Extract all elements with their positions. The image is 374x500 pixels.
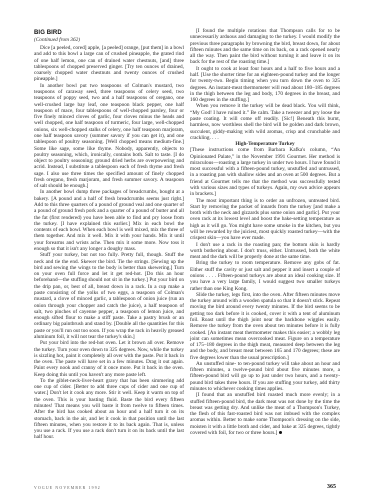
paragraph: Bring the turkey to room temperature. Re… bbox=[190, 260, 340, 291]
publication-footer: VOGUE NOVEMBER 1992 bbox=[34, 486, 101, 490]
paragraph: The most important thing is to order an … bbox=[190, 198, 340, 242]
paragraph: In another bowl dump three packages of b… bbox=[34, 189, 184, 252]
paragraph: To the giblet-neck-liver-heart gravy tha… bbox=[34, 378, 184, 441]
end-mark-icon bbox=[279, 431, 282, 434]
paragraph: [These instructions come from Barbara Ka… bbox=[190, 147, 340, 197]
paragraph: Dice [a peeled, cored] apple, [a peeled]… bbox=[34, 45, 184, 83]
paragraph: An unstuffed nine- to ten-pound turkey w… bbox=[190, 361, 340, 392]
right-column: [I found the multiple rotations that Tho… bbox=[190, 28, 340, 436]
paragraph: It ought to cook at least four hours and… bbox=[190, 66, 340, 104]
paragraph: Slide the turkey, legs first, into the o… bbox=[190, 292, 340, 361]
paragraph-text: [I found that an unstuffed bird roasted … bbox=[190, 392, 340, 436]
paragraph: In another bowl put two teaspoons of Col… bbox=[34, 83, 184, 190]
article-title: BIG BIRD bbox=[34, 30, 62, 36]
continued-from-label: (Continued from 362) bbox=[34, 37, 80, 43]
paragraph: [I found the multiple rotations that Tho… bbox=[190, 28, 340, 66]
paragraph-last: [I found that an unstuffed bird roasted … bbox=[190, 392, 340, 436]
left-column: Dice [a peeled, cored] apple, [a peeled]… bbox=[34, 45, 184, 441]
page-number: 365 bbox=[327, 484, 336, 490]
paragraph: Stuff your turkey, but not too fully. Pr… bbox=[34, 252, 184, 340]
paragraph: I don't use a rack in the roasting pan; … bbox=[190, 242, 340, 261]
paragraph: Put your bird into the red-hot oven. Let… bbox=[34, 340, 184, 378]
paragraph: When you remove it the turkey will be de… bbox=[190, 103, 340, 141]
